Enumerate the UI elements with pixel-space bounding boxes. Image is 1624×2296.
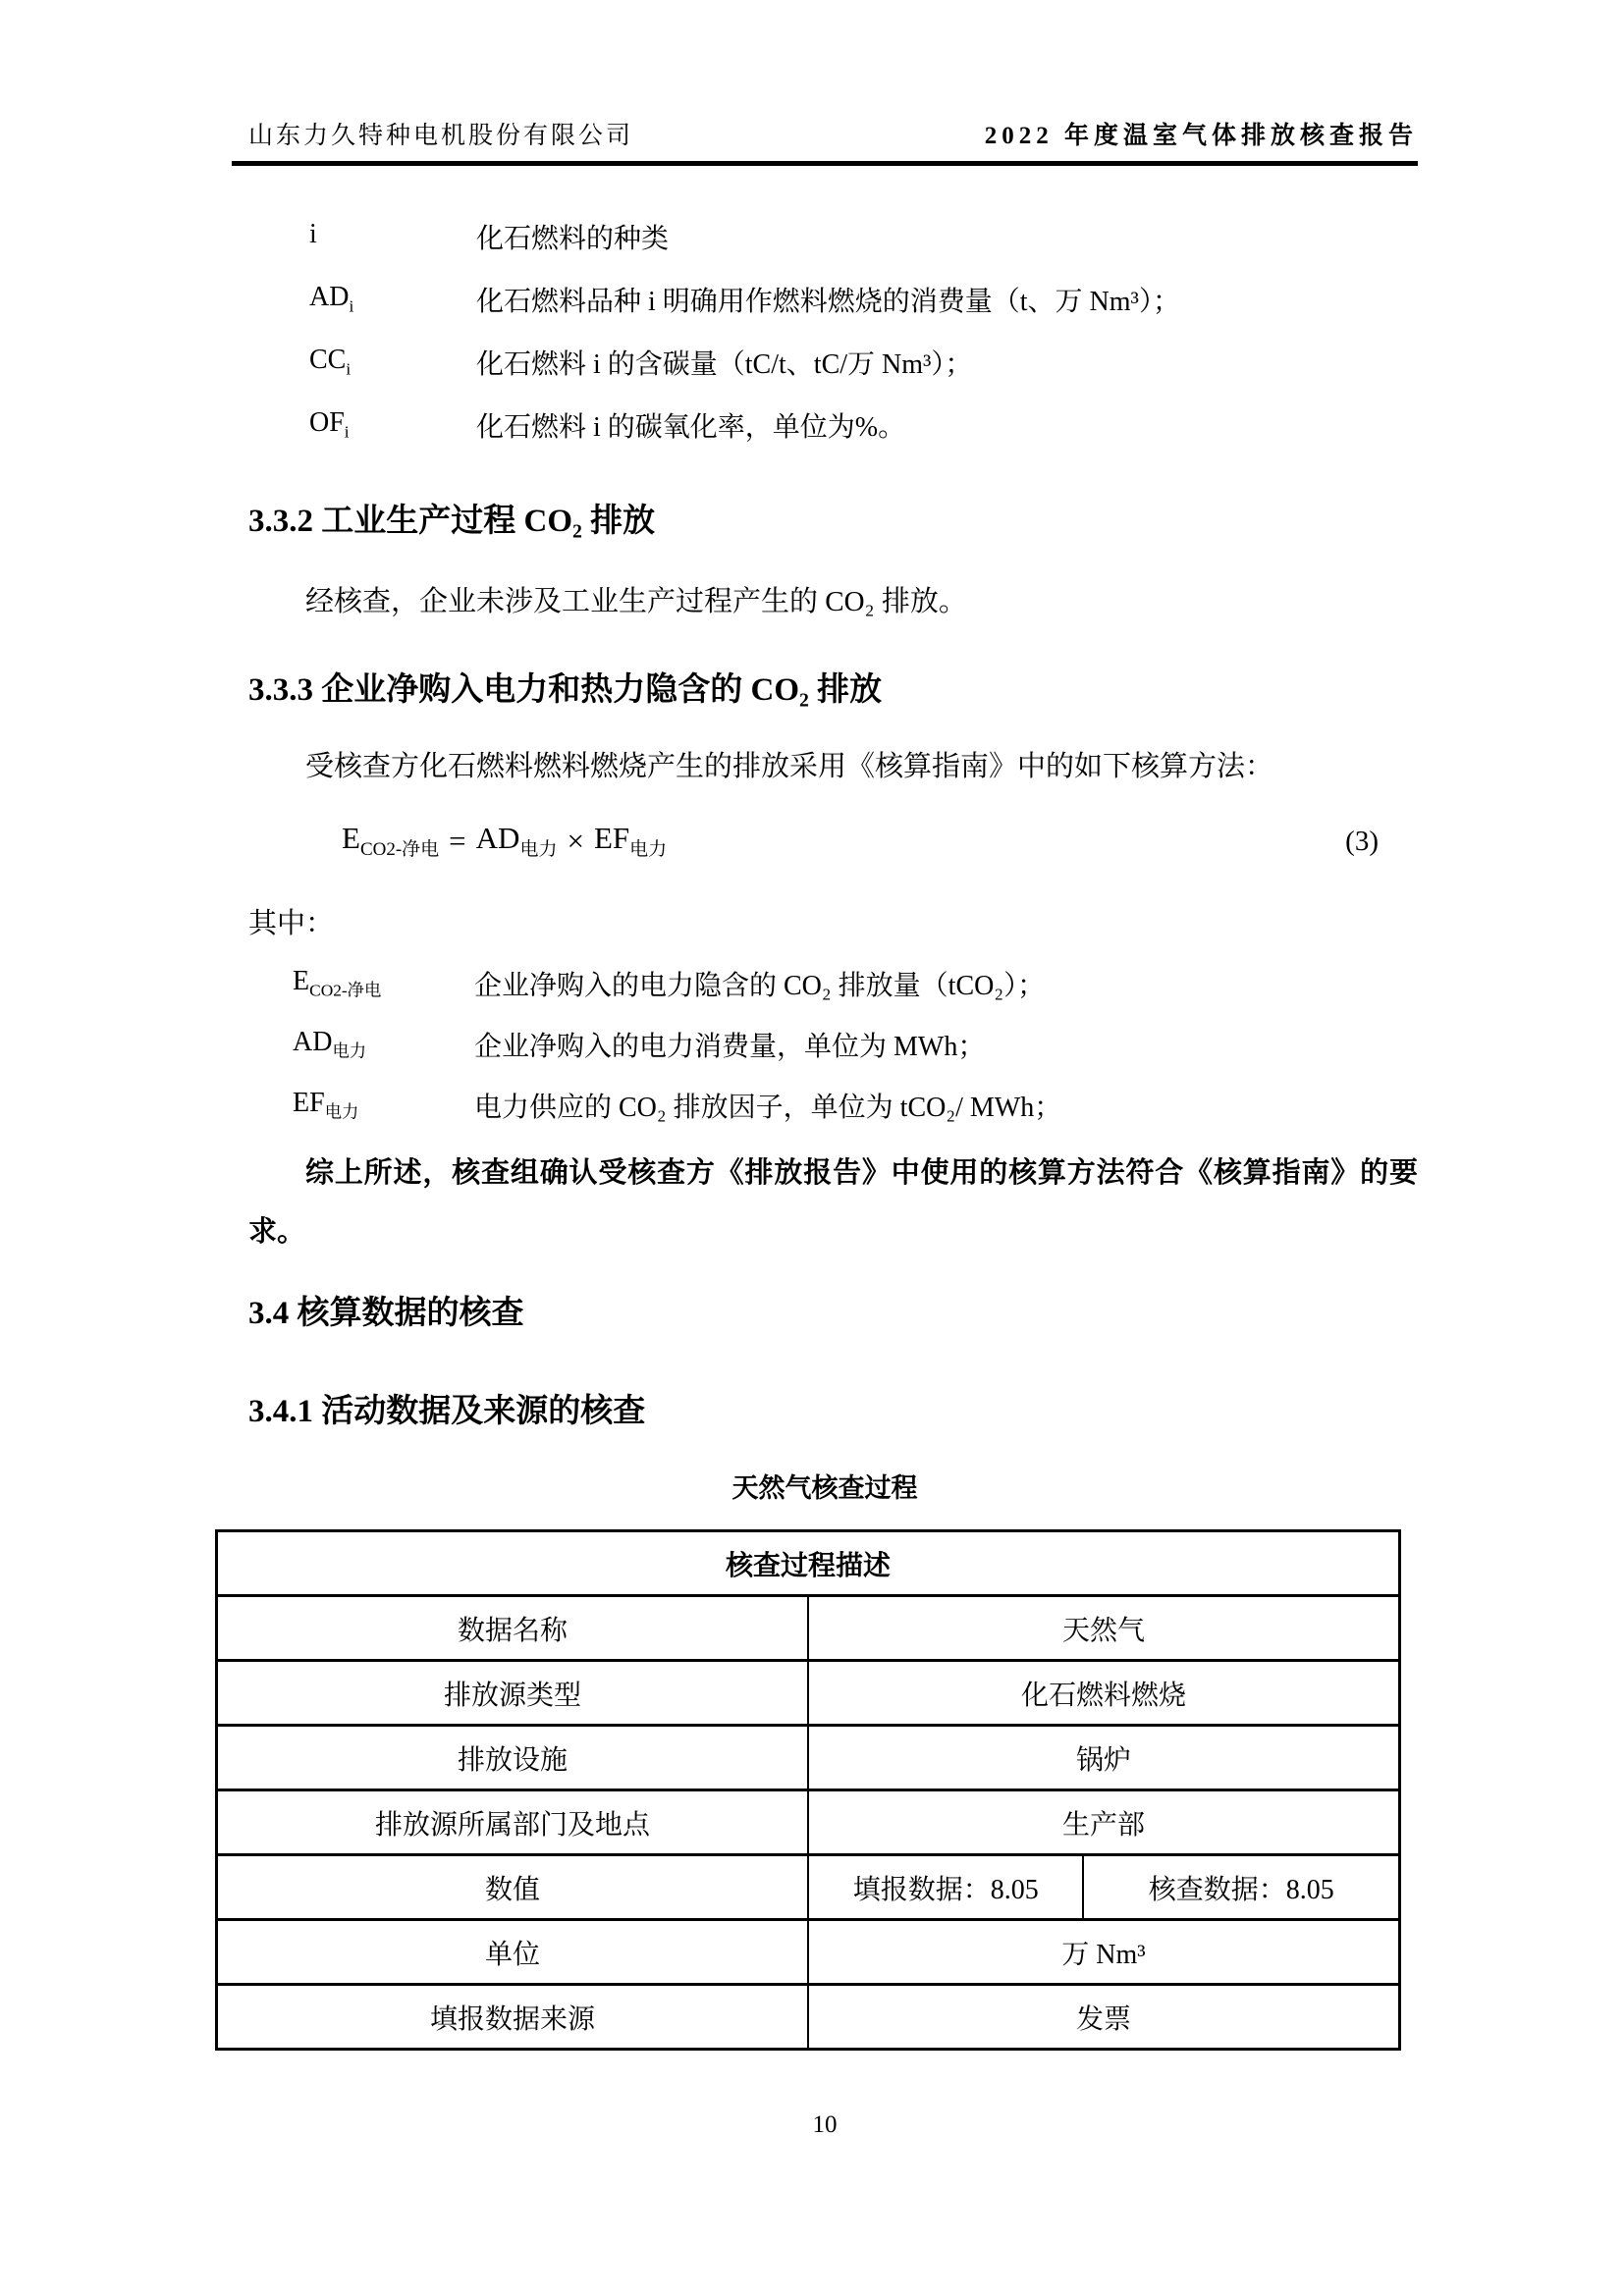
table-row: 排放设施 锅炉 — [217, 1726, 1400, 1790]
section-heading-3-3-2: 3.3.2 工业生产过程 CO₂ 排放 — [232, 498, 1418, 545]
term-subscript: CO2-净电 — [309, 982, 381, 1000]
definition-desc: 化石燃料 i 的碳氧化率，单位为%。 — [476, 405, 1418, 445]
term-base: E — [293, 966, 309, 996]
row-label-cell: 数值 — [217, 1855, 809, 1920]
term-base: CC — [309, 345, 346, 375]
term-subscript: i — [346, 360, 351, 379]
table-row: 排放源类型 化石燃料燃烧 — [217, 1661, 1400, 1726]
definition-term: ECO2-净电 — [293, 966, 474, 1001]
row-label-cell: 排放源所属部门及地点 — [217, 1790, 809, 1855]
formula-e-subscript: CO2-净电 — [360, 840, 439, 861]
power-definition-list: ECO2-净电 企业净购入的电力隐含的 CO₂ 排放量（tCO₂）； AD电力 … — [232, 953, 1418, 1136]
fuel-definition-list: i 化石燃料的种类 ADi 化石燃料品种 i 明确用作燃料燃烧的消费量（t、万 … — [232, 205, 1418, 456]
definition-desc: 电力供应的 CO₂ 排放因子，单位为 tCO₂/ MWh； — [474, 1086, 1418, 1125]
formula-ad-subscript: 电力 — [519, 840, 557, 861]
definition-term: AD电力 — [293, 1027, 474, 1062]
row-value-cell: 发票 — [808, 1985, 1400, 2050]
formula-e-term: ECO2-净电 — [342, 821, 439, 861]
formula-equation-number: (3) — [1345, 826, 1379, 858]
definition-row: EF电力 电力供应的 CO₂ 排放因子，单位为 tCO₂/ MWh； — [293, 1075, 1418, 1136]
verified-value-cell: 核查数据：8.05 — [1082, 1856, 1398, 1918]
table-header-row: 核查过程描述 — [217, 1531, 1400, 1596]
formula-ad-base: AD — [476, 821, 520, 855]
page-number: 10 — [232, 2111, 1418, 2139]
among-label: 其中： — [232, 904, 1418, 943]
definition-row: ADi 化石燃料品种 i 明确用作燃料燃烧的消费量（t、万 Nm³）； — [309, 268, 1418, 331]
natural-gas-verification-table: 核查过程描述 数据名称 天然气 排放源类型 化石燃料燃烧 排放设施 锅炉 排放源… — [215, 1529, 1401, 2051]
definition-row: AD电力 企业净购入的电力消费量，单位为 MWh； — [293, 1014, 1418, 1075]
term-base: EF — [293, 1088, 325, 1118]
reported-value-cell: 填报数据：8.05 — [809, 1856, 1082, 1918]
table-caption: 天然气核查过程 — [232, 1468, 1418, 1508]
table-row: 单位 万 Nm³ — [217, 1920, 1400, 1985]
term-subscript: i — [349, 297, 353, 316]
header-company-name: 山东力久特种电机股份有限公司 — [248, 116, 633, 151]
definition-row: OFi 化石燃料 i 的碳氧化率，单位为%。 — [309, 394, 1418, 456]
definition-term: OFi — [309, 407, 476, 443]
split-value-cell: 填报数据：8.05 核查数据：8.05 — [808, 1855, 1400, 1920]
table-value-row: 数值 填报数据：8.05 核查数据：8.05 — [217, 1855, 1400, 1920]
term-subscript: 电力 — [332, 1042, 366, 1061]
formula-equals-sign: = — [439, 824, 475, 859]
definition-row: ECO2-净电 企业净购入的电力隐含的 CO₂ 排放量（tCO₂）； — [293, 953, 1418, 1014]
definition-desc: 化石燃料的种类 — [476, 217, 1418, 256]
row-value-cell: 万 Nm³ — [808, 1920, 1400, 1985]
row-value-cell: 锅炉 — [808, 1726, 1400, 1790]
definition-desc: 企业净购入的电力隐含的 CO₂ 排放量（tCO₂）； — [474, 964, 1418, 1003]
section-3-3-2-paragraph: 经核查，企业未涉及工业生产过程产生的 CO₂ 排放。 — [232, 580, 1418, 623]
header-report-title: 2022 年度温室气体排放核查报告 — [985, 116, 1418, 151]
page-content: 山东力久特种电机股份有限公司 2022 年度温室气体排放核查报告 i 化石燃料的… — [0, 116, 1624, 2139]
row-label-cell: 排放源类型 — [217, 1661, 809, 1726]
row-label-cell: 填报数据来源 — [217, 1985, 809, 2050]
definition-row: i 化石燃料的种类 — [309, 205, 1418, 268]
definition-row: CCi 化石燃料 i 的含碳量（tC/t、tC/万 Nm³）； — [309, 331, 1418, 394]
section-heading-3-4-1: 3.4.1 活动数据及来源的核查 — [232, 1388, 1418, 1435]
definition-term: ADi — [309, 282, 476, 317]
section-heading-3-3-3: 3.3.3 企业净购入电力和热力隐含的 CO₂ 排放 — [232, 667, 1418, 714]
definition-desc: 化石燃料品种 i 明确用作燃料燃烧的消费量（t、万 Nm³）； — [476, 280, 1418, 319]
split-value-wrap: 填报数据：8.05 核查数据：8.05 — [809, 1856, 1398, 1918]
table-header-cell: 核查过程描述 — [217, 1531, 1400, 1596]
formula-ef-term: EF电力 — [594, 821, 667, 861]
definition-term: i — [309, 219, 476, 254]
definition-desc: 化石燃料 i 的含碳量（tC/t、tC/万 Nm³）； — [476, 343, 1418, 382]
definition-term: CCi — [309, 345, 476, 380]
row-label-cell: 排放设施 — [217, 1726, 809, 1790]
report-page: 山东力久特种电机股份有限公司 2022 年度温室气体排放核查报告 i 化石燃料的… — [0, 0, 1624, 2296]
term-base: AD — [309, 282, 349, 312]
table-row: 填报数据来源 发票 — [217, 1985, 1400, 2050]
table-row: 排放源所属部门及地点 生产部 — [217, 1790, 1400, 1855]
row-value-cell: 生产部 — [808, 1790, 1400, 1855]
formula-ef-subscript: 电力 — [629, 840, 667, 861]
row-label-cell: 数据名称 — [217, 1596, 809, 1661]
page-header: 山东力久特种电机股份有限公司 2022 年度温室气体排放核查报告 — [232, 116, 1418, 166]
term-base: OF — [309, 407, 345, 438]
section-heading-3-4: 3.4 核算数据的核查 — [232, 1290, 1418, 1337]
term-subscript: 电力 — [325, 1103, 359, 1122]
row-label-cell: 单位 — [217, 1920, 809, 1985]
table-row: 数据名称 天然气 — [217, 1596, 1400, 1661]
term-base: i — [309, 219, 317, 249]
emission-formula: ECO2-净电 = AD电力 × EF电力 (3) — [232, 820, 1418, 863]
formula-times-sign: × — [557, 824, 593, 859]
formula-e-base: E — [342, 821, 360, 855]
formula-ef-base: EF — [594, 821, 629, 855]
section-3-3-3-paragraph: 受核查方化石燃料燃料燃烧产生的排放采用《核算指南》中的如下核算方法： — [232, 745, 1418, 788]
term-subscript: i — [345, 423, 350, 442]
formula-ad-term: AD电力 — [476, 821, 558, 861]
definition-term: EF电力 — [293, 1088, 474, 1123]
conclusion-paragraph: 综上所述，核查组确认受核查方《排放报告》中使用的核算方法符合《核算指南》的要求。 — [232, 1144, 1418, 1261]
definition-desc: 企业净购入的电力消费量，单位为 MWh； — [474, 1025, 1418, 1064]
term-base: AD — [293, 1027, 332, 1057]
row-value-cell: 天然气 — [808, 1596, 1400, 1661]
row-value-cell: 化石燃料燃烧 — [808, 1661, 1400, 1726]
